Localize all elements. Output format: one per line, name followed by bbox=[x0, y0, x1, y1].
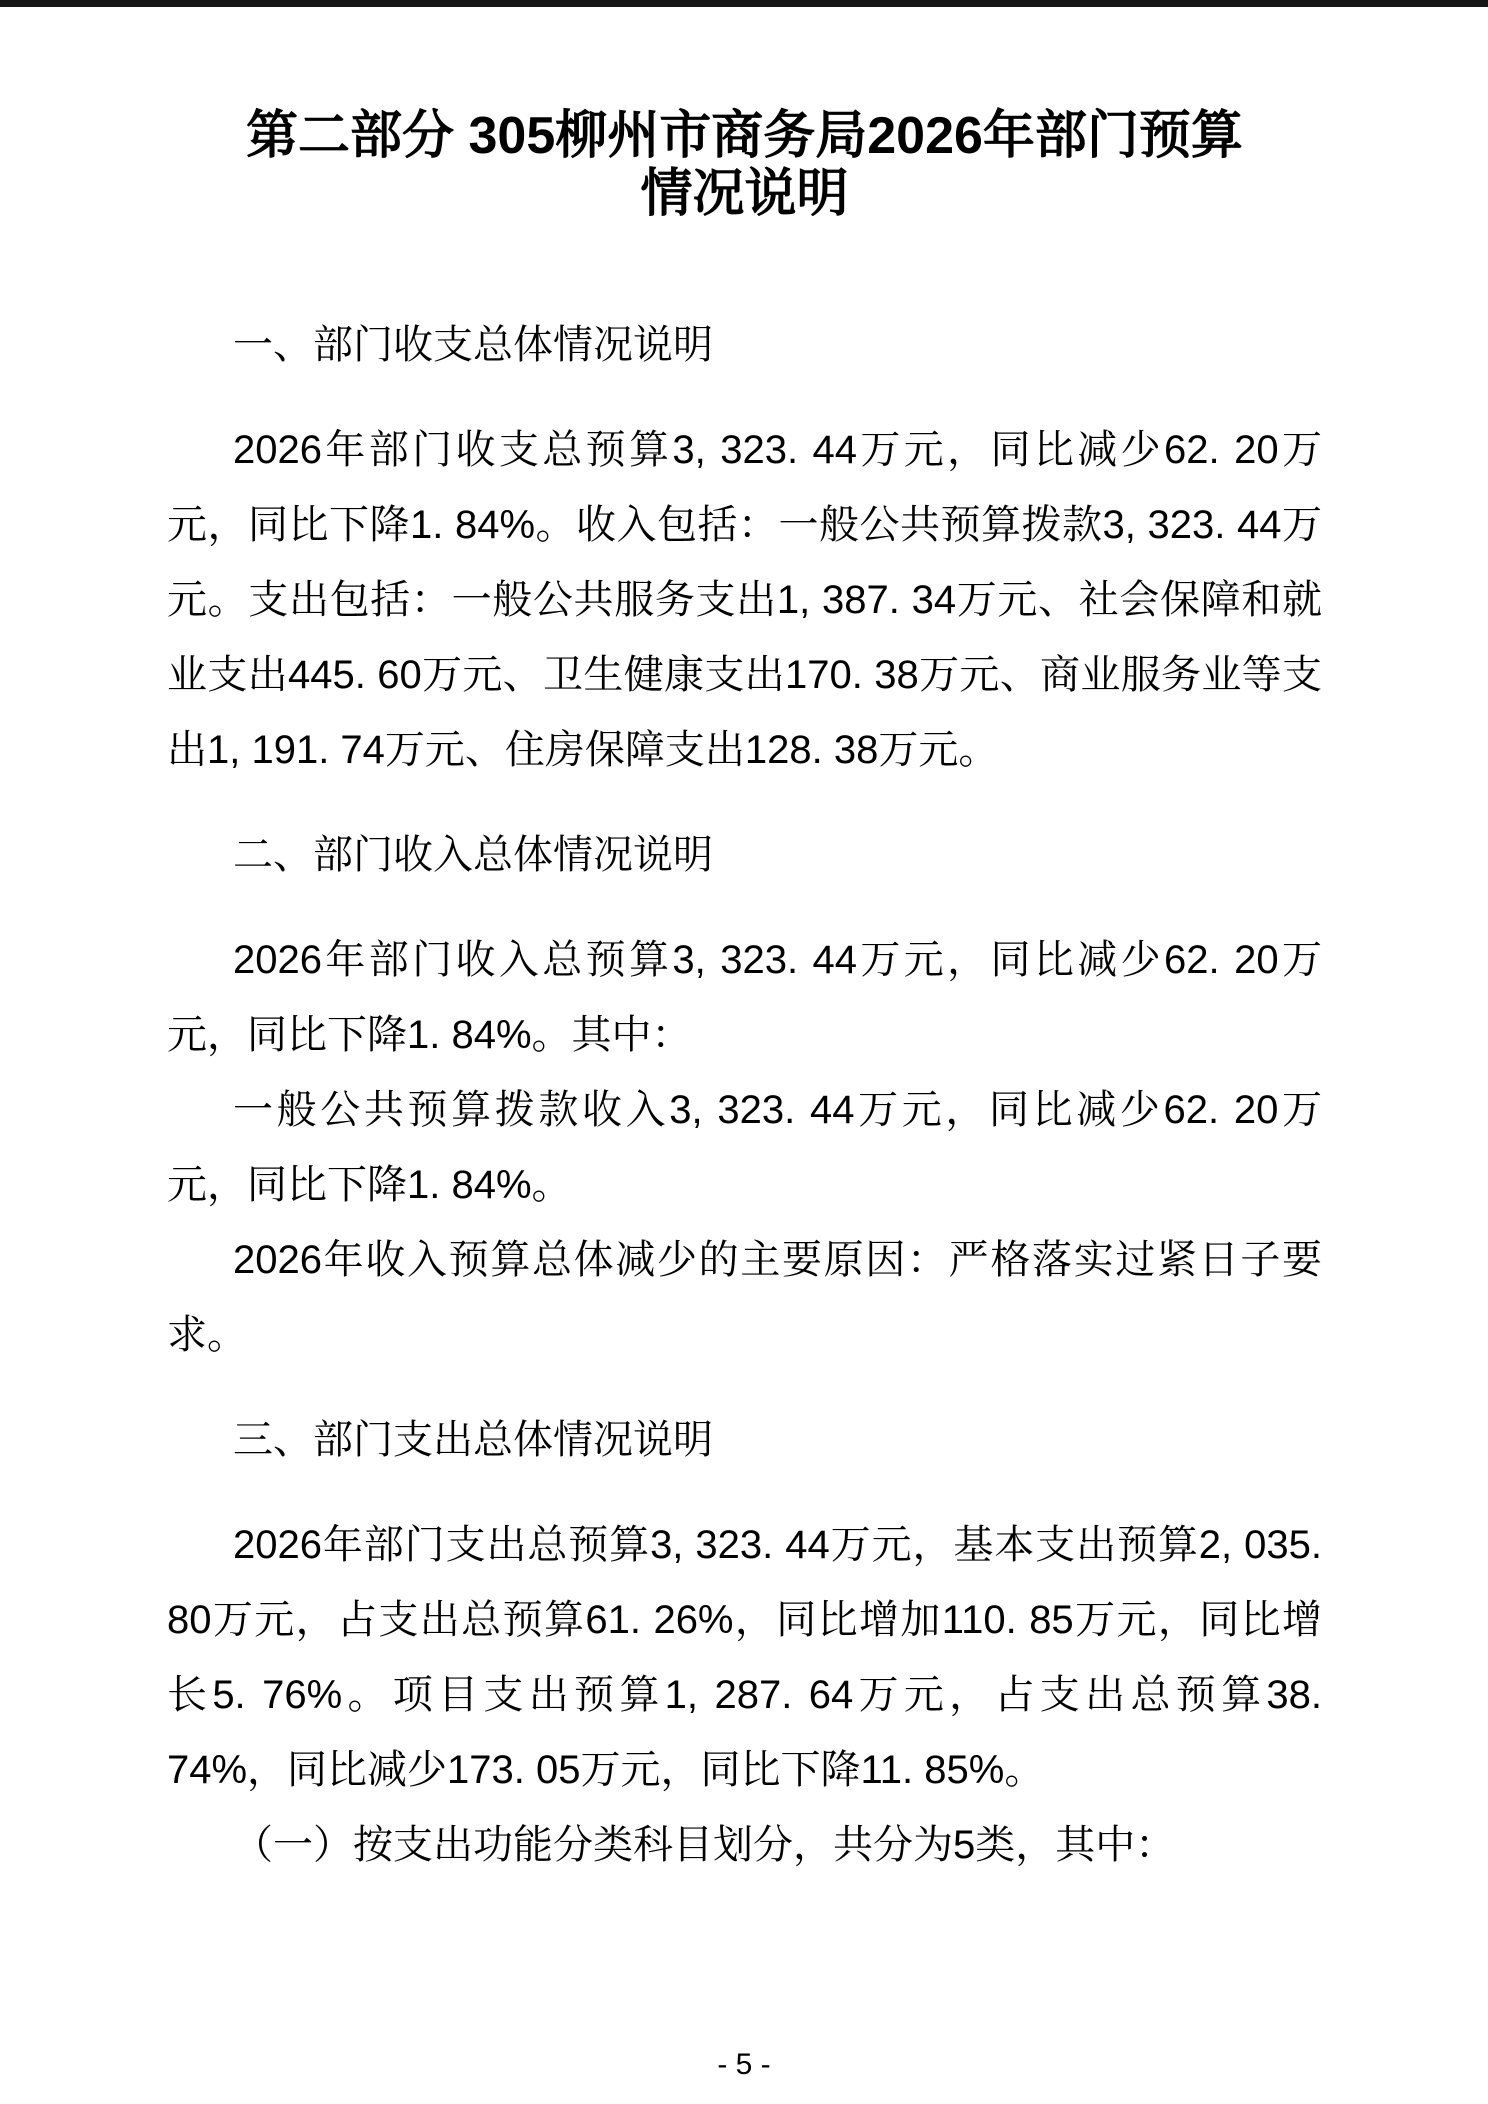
section-heading: 三、部门支出总体情况说明 bbox=[167, 1403, 1322, 1478]
section-heading: 一、部门收支总体情况说明 bbox=[167, 308, 1322, 383]
section-expenditure-overview: 三、部门支出总体情况说明 2026年部门支出总预算3, 323. 44万元，基本… bbox=[167, 1403, 1322, 1883]
body-paragraph: 一般公共预算拨款收入3, 323. 44万元，同比减少62. 20万元，同比下降… bbox=[167, 1073, 1322, 1223]
document-page: 第二部分 305柳州市商务局2026年部门预算 情况说明 一、部门收支总体情况说… bbox=[0, 0, 1488, 2104]
body-paragraph: （一）按支出功能分类科目划分，共分为5类，其中： bbox=[167, 1808, 1322, 1883]
document-title-line-1: 第二部分 305柳州市商务局2026年部门预算 bbox=[246, 107, 1243, 165]
document-content: 第二部分 305柳州市商务局2026年部门预算 情况说明 一、部门收支总体情况说… bbox=[0, 107, 1488, 1883]
page-number: - 5 - bbox=[0, 2050, 1488, 2080]
section-heading: 二、部门收入总体情况说明 bbox=[167, 818, 1322, 893]
section-income-overview: 二、部门收入总体情况说明 2026年部门收入总预算3, 323. 44万元，同比… bbox=[167, 818, 1322, 1373]
document-title-line-2: 情况说明 bbox=[640, 165, 848, 223]
scan-edge-artifact bbox=[0, 0, 1488, 7]
body-paragraph: 2026年部门收入总预算3, 323. 44万元，同比减少62. 20万元，同比… bbox=[167, 923, 1322, 1073]
body-paragraph: 2026年部门收支总预算3, 323. 44万元，同比减少62. 20万元，同比… bbox=[167, 413, 1322, 788]
body-paragraph: 2026年收入预算总体减少的主要原因：严格落实过紧日子要求。 bbox=[167, 1223, 1322, 1373]
body-paragraph: 2026年部门支出总预算3, 323. 44万元，基本支出预算2, 035. 8… bbox=[167, 1508, 1322, 1808]
document-title: 第二部分 305柳州市商务局2026年部门预算 情况说明 bbox=[167, 107, 1322, 223]
section-revenue-expenditure-overview: 一、部门收支总体情况说明 2026年部门收支总预算3, 323. 44万元，同比… bbox=[167, 308, 1322, 788]
